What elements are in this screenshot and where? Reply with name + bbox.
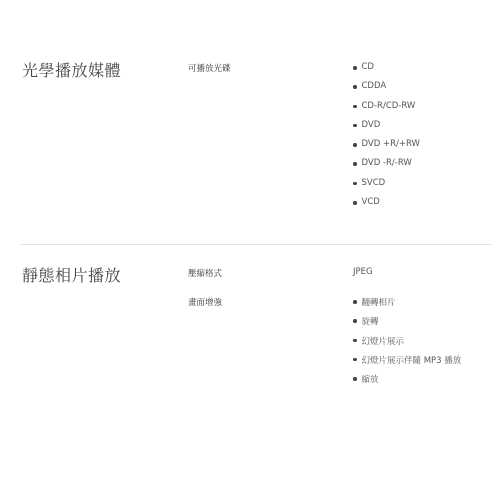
bullet-icon	[353, 201, 357, 205]
section-title: 光學播放媒體	[22, 58, 121, 81]
list-item: 幻燈片展示	[353, 335, 461, 354]
bullet-icon	[353, 105, 357, 109]
list-item: CDDA	[353, 81, 420, 100]
list-item: DVD -R/-RW	[353, 158, 420, 177]
spec-label-playable-discs: 可播放光碟	[188, 62, 231, 74]
list-item: 翻轉相片	[353, 296, 461, 315]
playable-discs-list: CD CDDA CD-R/CD-RW DVD DVD +R/+RW DVD -R…	[353, 62, 420, 216]
list-item: 旋轉	[353, 315, 461, 334]
bullet-icon	[353, 319, 357, 323]
list-item: 幻燈片展示伴隨 MP3 播放	[353, 354, 461, 373]
list-item: DVD +R/+RW	[353, 139, 420, 158]
bullet-icon	[353, 124, 357, 128]
list-item: CD-R/CD-RW	[353, 101, 420, 120]
bullet-icon	[353, 66, 357, 70]
bullet-icon	[353, 162, 357, 166]
section-divider	[20, 244, 492, 245]
picture-enhancement-list: 翻轉相片 旋轉 幻燈片展示 幻燈片展示伴隨 MP3 播放 縮放	[353, 296, 461, 392]
list-item: 縮放	[353, 373, 461, 392]
spec-label-compression-format: 壓縮格式	[188, 267, 222, 279]
section-title: 靜態相片播放	[22, 263, 121, 286]
bullet-icon	[353, 339, 357, 343]
bullet-icon	[353, 358, 357, 362]
list-item: DVD	[353, 120, 420, 139]
bullet-icon	[353, 182, 357, 186]
list-item: SVCD	[353, 178, 420, 197]
spec-value-compression-format: JPEG	[353, 267, 373, 277]
bullet-icon	[353, 377, 357, 381]
spec-label-picture-enhancement: 畫面增強	[188, 296, 222, 308]
list-item: VCD	[353, 197, 420, 216]
bullet-icon	[353, 143, 357, 147]
bullet-icon	[353, 300, 357, 304]
bullet-icon	[353, 85, 357, 89]
list-item: CD	[353, 62, 420, 81]
